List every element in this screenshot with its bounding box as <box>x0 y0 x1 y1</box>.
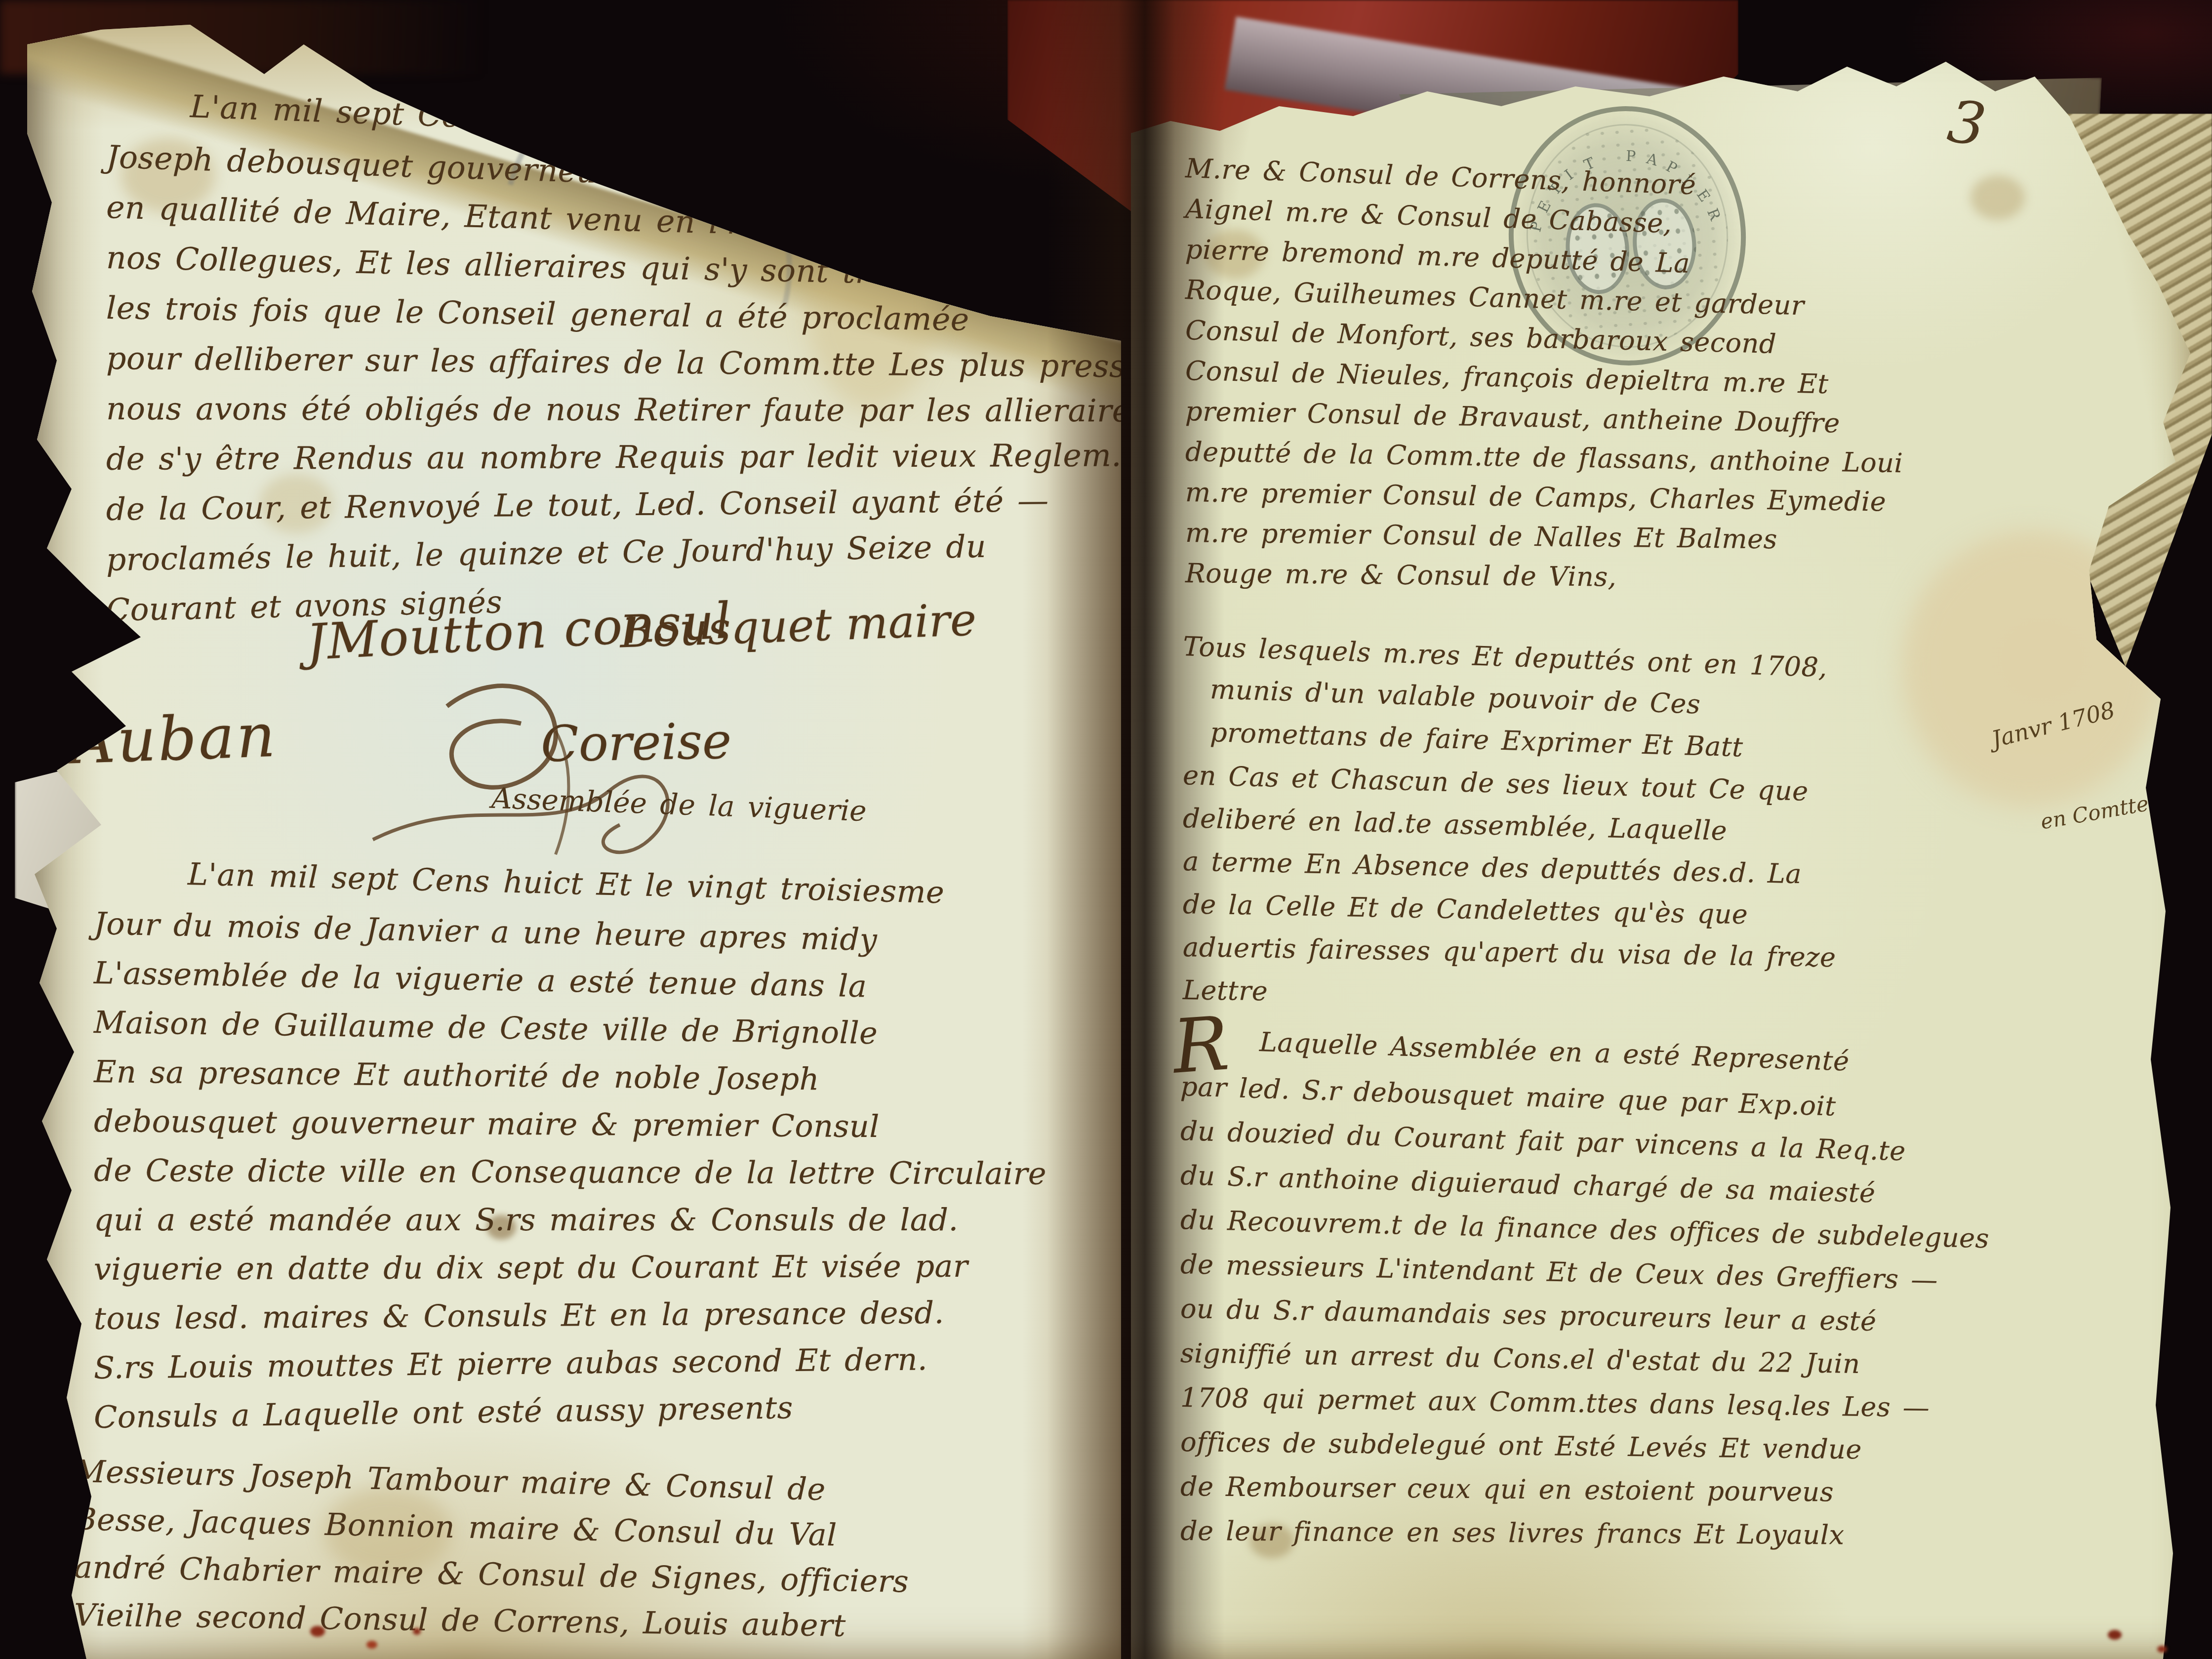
manuscript-line: de Rembourser ceux qui en estoient pourv… <box>1180 1464 1990 1516</box>
manuscript-line: de Ceste dicte ville en Consequance de l… <box>94 1146 1046 1199</box>
margin-note-committee: en Comtte du <box>2039 785 2183 834</box>
manuscript-line: viguerie en datte du dix sept du Courant… <box>94 1241 1046 1294</box>
left-page: L'an mil sept Cent huit Et le Seize Janv… <box>27 15 1121 1659</box>
manuscript-line: Rouge m.re & Consul de Vins, <box>1185 553 1903 600</box>
left-paragraph-23-january: L'an mil sept Cens huict Et le vingt tro… <box>94 850 1046 1442</box>
manuscript-photo: L'an mil sept Cent huit Et le Seize Janv… <box>0 0 2212 1659</box>
signature-auban: Auban <box>71 700 279 777</box>
left-attendee-list: Messieurs Joseph Tambour maire & Consul … <box>74 1447 909 1639</box>
red-speck <box>413 1628 421 1635</box>
manuscript-line: qui a esté mandée aux S.rs maires & Cons… <box>94 1195 1046 1245</box>
red-speck <box>310 1626 325 1637</box>
red-speck <box>366 1641 377 1649</box>
manuscript-line: Lettre <box>1183 969 1837 1020</box>
red-speck <box>2108 1630 2122 1640</box>
manuscript-line: pour delliberer sur les affaires de la C… <box>106 333 1212 393</box>
right-attendee-list: M.re & Consul de Correns, honnoréAignel … <box>1185 148 1903 594</box>
manuscript-line: debousquet gouverneur maire & premier Co… <box>94 1096 1047 1152</box>
right-powers-paragraph: Tous lesquels m.res Et deputtés ont en 1… <box>1183 625 1836 1012</box>
right-page: PETIT PAPIER 3 M.re & Consul de Correns,… <box>1131 47 2190 1659</box>
paper-stain <box>1971 175 2025 220</box>
right-arrest-paragraph: Laquelle Assemblée en a esté Representép… <box>1180 1020 1989 1553</box>
folio-number: 3 <box>1944 86 1990 159</box>
red-speck <box>2157 1646 2167 1653</box>
manuscript-line: de leur finance en ses livres francs Et … <box>1180 1509 1990 1558</box>
water-stain <box>1901 531 2158 808</box>
manuscript-line: nous avons été obligés de nous Retirer f… <box>106 384 1212 437</box>
left-paragraph-16-january: L'an mil sept Cent huit Et le Seize Janv… <box>106 81 1212 636</box>
margin-note-date: Janvr 1708 <box>1989 696 2118 753</box>
